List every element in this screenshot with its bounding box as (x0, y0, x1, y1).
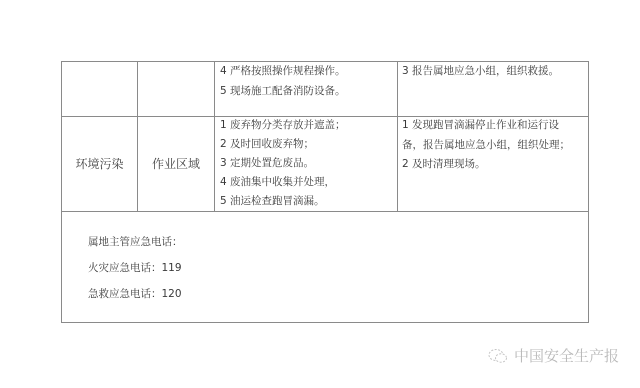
response-cell: 1 发现跑冒滴漏停止作业和运行设 备，报告属地应急小组，组织处理； 2 及时清理… (402, 116, 570, 175)
measure-item: 4 废油集中收集并处理， (220, 173, 346, 192)
measure-item: 5 油运检查跑冒滴漏。 (220, 192, 346, 211)
contact-supervisor: 属地主管应急电话： (88, 229, 183, 255)
response-cell: 3 报告属地应急小组，组织救援。 (402, 62, 559, 82)
risk-category: 环境污染 (62, 155, 137, 172)
measure-cell: 1 废弃物分类存放并遮盖； 2 及时回收废弃物； 3 定期处置危废品。 4 废油… (220, 116, 346, 211)
col-divider-3 (397, 61, 398, 212)
response-item: 1 发现跑冒滴漏停止作业和运行设 (402, 116, 570, 136)
response-item: 备，报告属地应急小组，组织处理； (402, 136, 570, 156)
contact-fire: 火灾应急电话：119 (88, 255, 183, 281)
emergency-contacts: 属地主管应急电话： 火灾应急电话：119 急救应急电话：120 (88, 229, 183, 307)
measure-item: 5 现场施工配备消防设备。 (220, 82, 346, 102)
watermark-label: 中国安全生产报 (514, 345, 619, 366)
response-item: 3 报告属地应急小组，组织救援。 (402, 62, 559, 82)
table-border-bottom (61, 322, 589, 323)
measure-cell: 4 严格按照操作规程操作。 5 现场施工配备消防设备。 (220, 62, 346, 101)
measure-item: 4 严格按照操作规程操作。 (220, 62, 346, 82)
measure-item: 1 废弃物分类存放并遮盖； (220, 116, 346, 135)
response-item: 2 及时清理现场。 (402, 155, 570, 175)
wechat-icon (488, 348, 508, 364)
table-border-left (61, 61, 62, 323)
row-divider-2 (61, 211, 589, 212)
contact-ambulance: 急救应急电话：120 (88, 281, 183, 307)
measure-item: 2 及时回收废弃物； (220, 135, 346, 154)
col-divider-2 (214, 61, 215, 212)
measure-item: 3 定期处置危废品。 (220, 154, 346, 173)
table-border-right (588, 61, 589, 323)
watermark: 中国安全生产报 (488, 345, 619, 366)
risk-location: 作业区域 (138, 155, 214, 172)
col-divider-1 (137, 61, 138, 212)
